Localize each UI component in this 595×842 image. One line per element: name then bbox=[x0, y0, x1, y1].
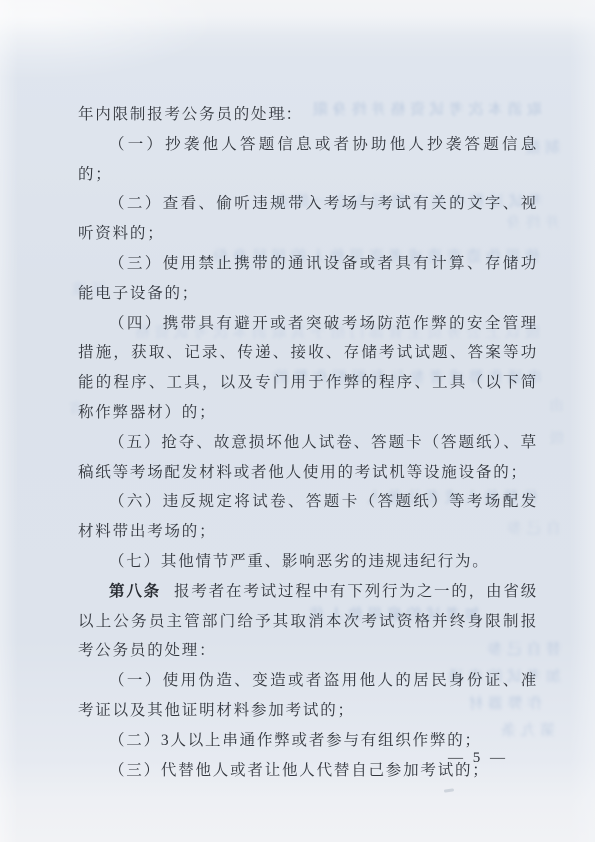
clause-item-2: （二）查看、偷听违规带入考场与考试有关的文字、视听资料的； bbox=[78, 189, 538, 249]
scan-speck bbox=[281, 110, 284, 112]
clause-item-6: （六）违反规定将试卷、答题卡（答题纸）等考场配发材料带出考场的； bbox=[78, 487, 538, 547]
scanned-document-page: 取消本次考试资格并终身限 制报 考试过程中有下列行为之一的由 使用伪造变造或者盗… bbox=[0, 0, 595, 842]
document-body: 年内限制报考公务员的处理： （一）抄袭他人答题信息或者协助他人抄袭答题信息的； … bbox=[78, 100, 538, 785]
scan-speck bbox=[282, 117, 285, 119]
clause-item-4: （四）携带具有避开或者突破考场防范作弊的安全管理措施，获取、记录、传递、接收、存… bbox=[78, 309, 538, 428]
article-8-heading: 第八条 bbox=[109, 583, 174, 600]
article-8-item-1: （一）使用伪造、变造或者盗用他人的居民身份证、准考证以及其他证明材料参加考试的； bbox=[78, 666, 538, 726]
clause-item-1: （一）抄袭他人答题信息或者协助他人抄袭答题信息的； bbox=[78, 130, 538, 190]
clause-item-5: （五）抢夺、故意损坏他人试卷、答题卡（答题纸）、草稿纸等考场配发材料或者他人使用… bbox=[78, 428, 538, 488]
article-8-paragraph: 第八条报考者在考试过程中有下列行为之一的，由省级以上公务员主管部门给予其取消本次… bbox=[78, 577, 538, 666]
scan-smudge bbox=[444, 788, 454, 792]
page-number: — 5 — bbox=[448, 750, 558, 767]
bleedthrough-text: 级 bbox=[538, 430, 564, 451]
clause-item-3: （三）使用禁止携带的通讯设备或者具有计算、存储功能电子设备的； bbox=[78, 249, 538, 309]
bleedthrough-text: 由 bbox=[538, 397, 564, 418]
clause-item-7: （七）其他情节严重、影响恶劣的违规违纪行为。 bbox=[78, 547, 538, 577]
paragraph-continuation: 年内限制报考公务员的处理： bbox=[78, 100, 538, 130]
